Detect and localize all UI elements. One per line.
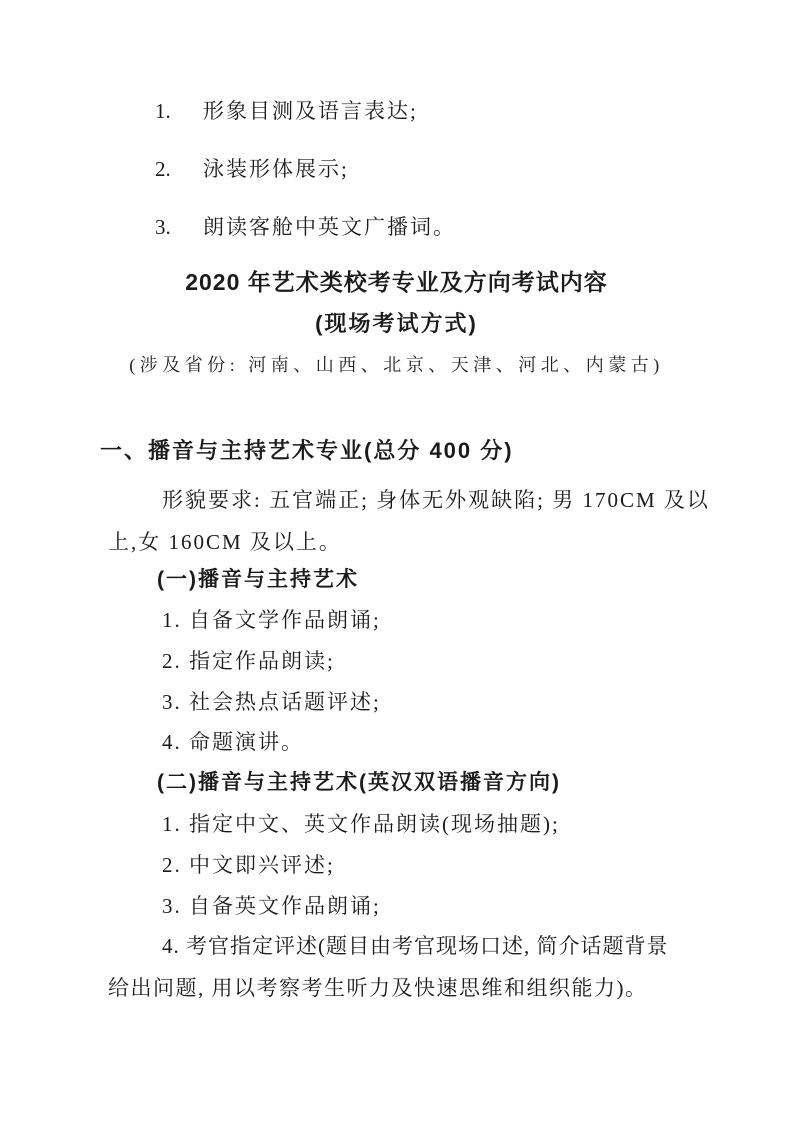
intro-list-number: 3. [155, 215, 203, 240]
provinces-note: (涉及省份: 河南、山西、北京、天津、河北、内蒙古) [0, 355, 793, 377]
subsection-heading: (一)播音与主持艺术 [157, 567, 359, 592]
requirement-text-line: 上,女 160CM 及以上。 [108, 530, 342, 555]
intro-list-item: 2. 泳装形体展示; [155, 157, 349, 182]
requirement-text-line: 形貌要求: 五官端正; 身体无外观缺陷; 男 170CM 及以 [162, 488, 710, 513]
intro-list-text: 泳装形体展示; [203, 157, 349, 182]
list-item: 1. 指定中文、英文作品朗读(现场抽题); [162, 812, 560, 837]
subsection-heading: (二)播音与主持艺术(英汉双语播音方向) [157, 770, 561, 795]
list-item: 4. 命题演讲。 [162, 730, 304, 755]
intro-list-item: 3. 朗读客舱中英文广播词。 [155, 215, 456, 240]
intro-list-number: 1. [155, 99, 203, 124]
section-heading: 一、播音与主持艺术专业(总分 400 分) [100, 438, 514, 464]
intro-list-text: 形象目测及语言表达; [203, 99, 418, 124]
intro-list-item: 1. 形象目测及语言表达; [155, 99, 418, 124]
list-item: 3. 社会热点话题评述; [162, 690, 381, 715]
document-subtitle: (现场考试方式) [0, 311, 793, 337]
list-item-line: 4. 考官指定评述(题目由考官现场口述, 简介话题背景 [162, 934, 669, 959]
list-item: 1. 自备文学作品朗诵; [162, 608, 381, 633]
document-title: 2020 年艺术类校考专业及方向考试内容 [0, 269, 793, 297]
intro-list-number: 2. [155, 157, 203, 182]
intro-list-text: 朗读客舱中英文广播词。 [203, 215, 456, 240]
list-item: 3. 自备英文作品朗诵; [162, 894, 381, 919]
list-item: 2. 中文即兴评述; [162, 853, 335, 878]
list-item-line: 给出问题, 用以考察考生听力及快速思维和组织能力)。 [108, 976, 648, 1001]
document-page: 1. 形象目测及语言表达; 2. 泳装形体展示; 3. 朗读客舱中英文广播词。 … [0, 0, 793, 1122]
list-item: 2. 指定作品朗读; [162, 649, 335, 674]
